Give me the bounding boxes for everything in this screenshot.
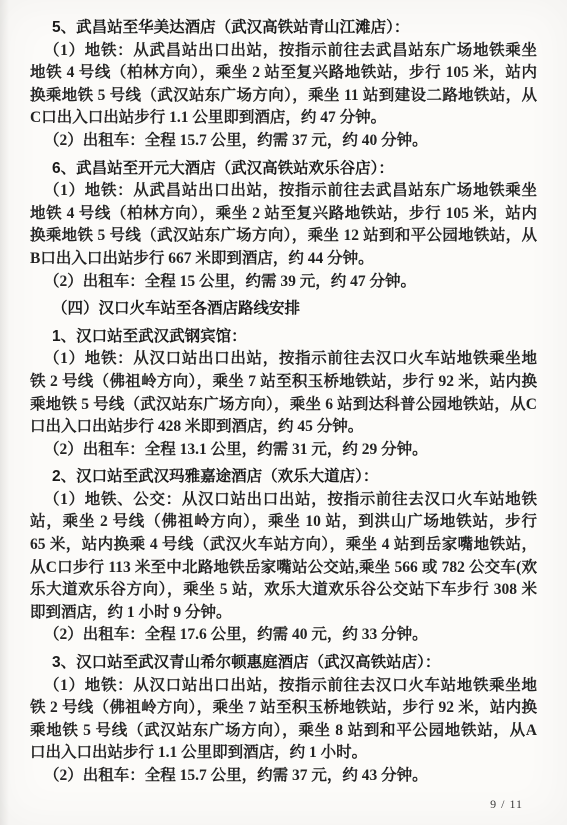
- section-heading: 2、汉口站至武汉玛雅嘉途酒店（欢乐大道店）：: [30, 466, 537, 489]
- text-line: （2）出租车：全程 15 公里，约需 39 元，约 47 分钟。: [30, 271, 537, 294]
- text-line: 即到酒店，约 1 小时 9 分钟。: [30, 602, 537, 625]
- text-line: 乐大道欢乐谷方向），乘坐 5 站，欢乐大道欢乐谷公交站下车步行 308 米: [30, 579, 537, 602]
- text-line: （2）出租车：全程 15.7 公里，约需 37 元，约 40 分钟。: [30, 130, 537, 153]
- text-line: 65 米，站内换乘 4 号线（武汉火车站方向），乘坐 4 站到岳家嘴地铁站，: [30, 534, 537, 557]
- text-line: （1）地铁、公交：从汉口站出口出站，按指示前往去汉口火车站地铁: [30, 489, 537, 512]
- text-line: 地铁 4 号线（柏林方向），乘坐 2 站至复兴路地铁站，步行 105 米，站内: [30, 62, 537, 85]
- chapter-heading: （四）汉口火车站至各酒店路线安排: [30, 298, 537, 321]
- text-line: （1）地铁：从武昌站出口出站，按指示前往去武昌站东广场地铁乘坐: [30, 40, 537, 63]
- page-number: 9 / 11: [490, 797, 523, 812]
- text-line: （2）出租车：全程 17.6 公里，约需 40 元，约 33 分钟。: [30, 624, 537, 647]
- text-line: 口出入口出站步行 1.1 公里即到酒店，约 1 小时。: [30, 742, 537, 765]
- text-line: 乘地铁 5 号线（武汉站东广场方向），乘坐 8 站到和平公园地铁站，从A: [30, 720, 537, 743]
- text-line: 地铁 4 号线（柏林方向），乘坐 2 站至复兴路地铁站，步行 105 米，站内: [30, 203, 537, 226]
- section-heading: 6、武昌站至开元大酒店（武汉高铁站欢乐谷店）：: [30, 158, 537, 181]
- text-line: 从C口步行 113 米至中北路地铁岳家嘴站公交站,乘坐 566 或 782 公交…: [30, 557, 537, 580]
- text-line: （1）地铁：从汉口站出口出站，按指示前往去汉口火车站地铁乘坐地: [30, 675, 537, 698]
- document-body: 5、武昌站至华美达酒店（武汉高铁站青山江滩店）：（1）地铁：从武昌站出口出站，按…: [30, 17, 537, 788]
- text-line: 乘地铁 5 号线（武汉站东广场方向），乘坐 6 站到达科普公园地铁站，从C: [30, 394, 537, 417]
- text-line: B口出入口出站步行 667 米即到酒店，约 44 分钟。: [30, 248, 537, 271]
- text-line: 换乘地铁 5 号线（武汉站东广场方向），乘坐 12 站到和平公园地铁站，从: [30, 225, 537, 248]
- text-line: （2）出租车：全程 15.7 公里，约需 37 元，约 43 分钟。: [30, 765, 537, 788]
- text-line: 站，乘坐 2 号线（佛祖岭方向），乘坐 10 站，到洪山广场地铁站，步行: [30, 511, 537, 534]
- text-line: 铁 2 号线（佛祖岭方向），乘坐 7 站至积玉桥地铁站，步行 92 米，站内换: [30, 697, 537, 720]
- text-line: （1）地铁：从汉口站出口出站，按指示前往去汉口火车站地铁乘坐地: [30, 348, 537, 371]
- document-page: 5、武昌站至华美达酒店（武汉高铁站青山江滩店）：（1）地铁：从武昌站出口出站，按…: [0, 0, 567, 825]
- section-heading: 3、汉口站至武汉青山希尔顿惠庭酒店（武汉高铁站店）：: [30, 652, 537, 675]
- section-heading: 5、武昌站至华美达酒店（武汉高铁站青山江滩店）：: [30, 17, 537, 40]
- text-line: 口出入口出站步行 428 米即到酒店，约 45 分钟。: [30, 416, 537, 439]
- text-line: C口出入口出站步行 1.1 公里即到酒店，约 47 分钟。: [30, 107, 537, 130]
- text-line: 换乘地铁 5 号线（武汉站东广场方向），乘坐 11 站到建设二路地铁站，从: [30, 85, 537, 108]
- text-line: （1）地铁：从武昌站出口出站，按指示前往去武昌站东广场地铁乘坐: [30, 180, 537, 203]
- text-line: （2）出租车：全程 13.1 公里，约需 31 元，约 29 分钟。: [30, 439, 537, 462]
- section-heading: 1、汉口站至武汉武钢宾馆：: [30, 326, 537, 349]
- text-line: 铁 2 号线（佛祖岭方向），乘坐 7 站至积玉桥地铁站，步行 92 米，站内换: [30, 371, 537, 394]
